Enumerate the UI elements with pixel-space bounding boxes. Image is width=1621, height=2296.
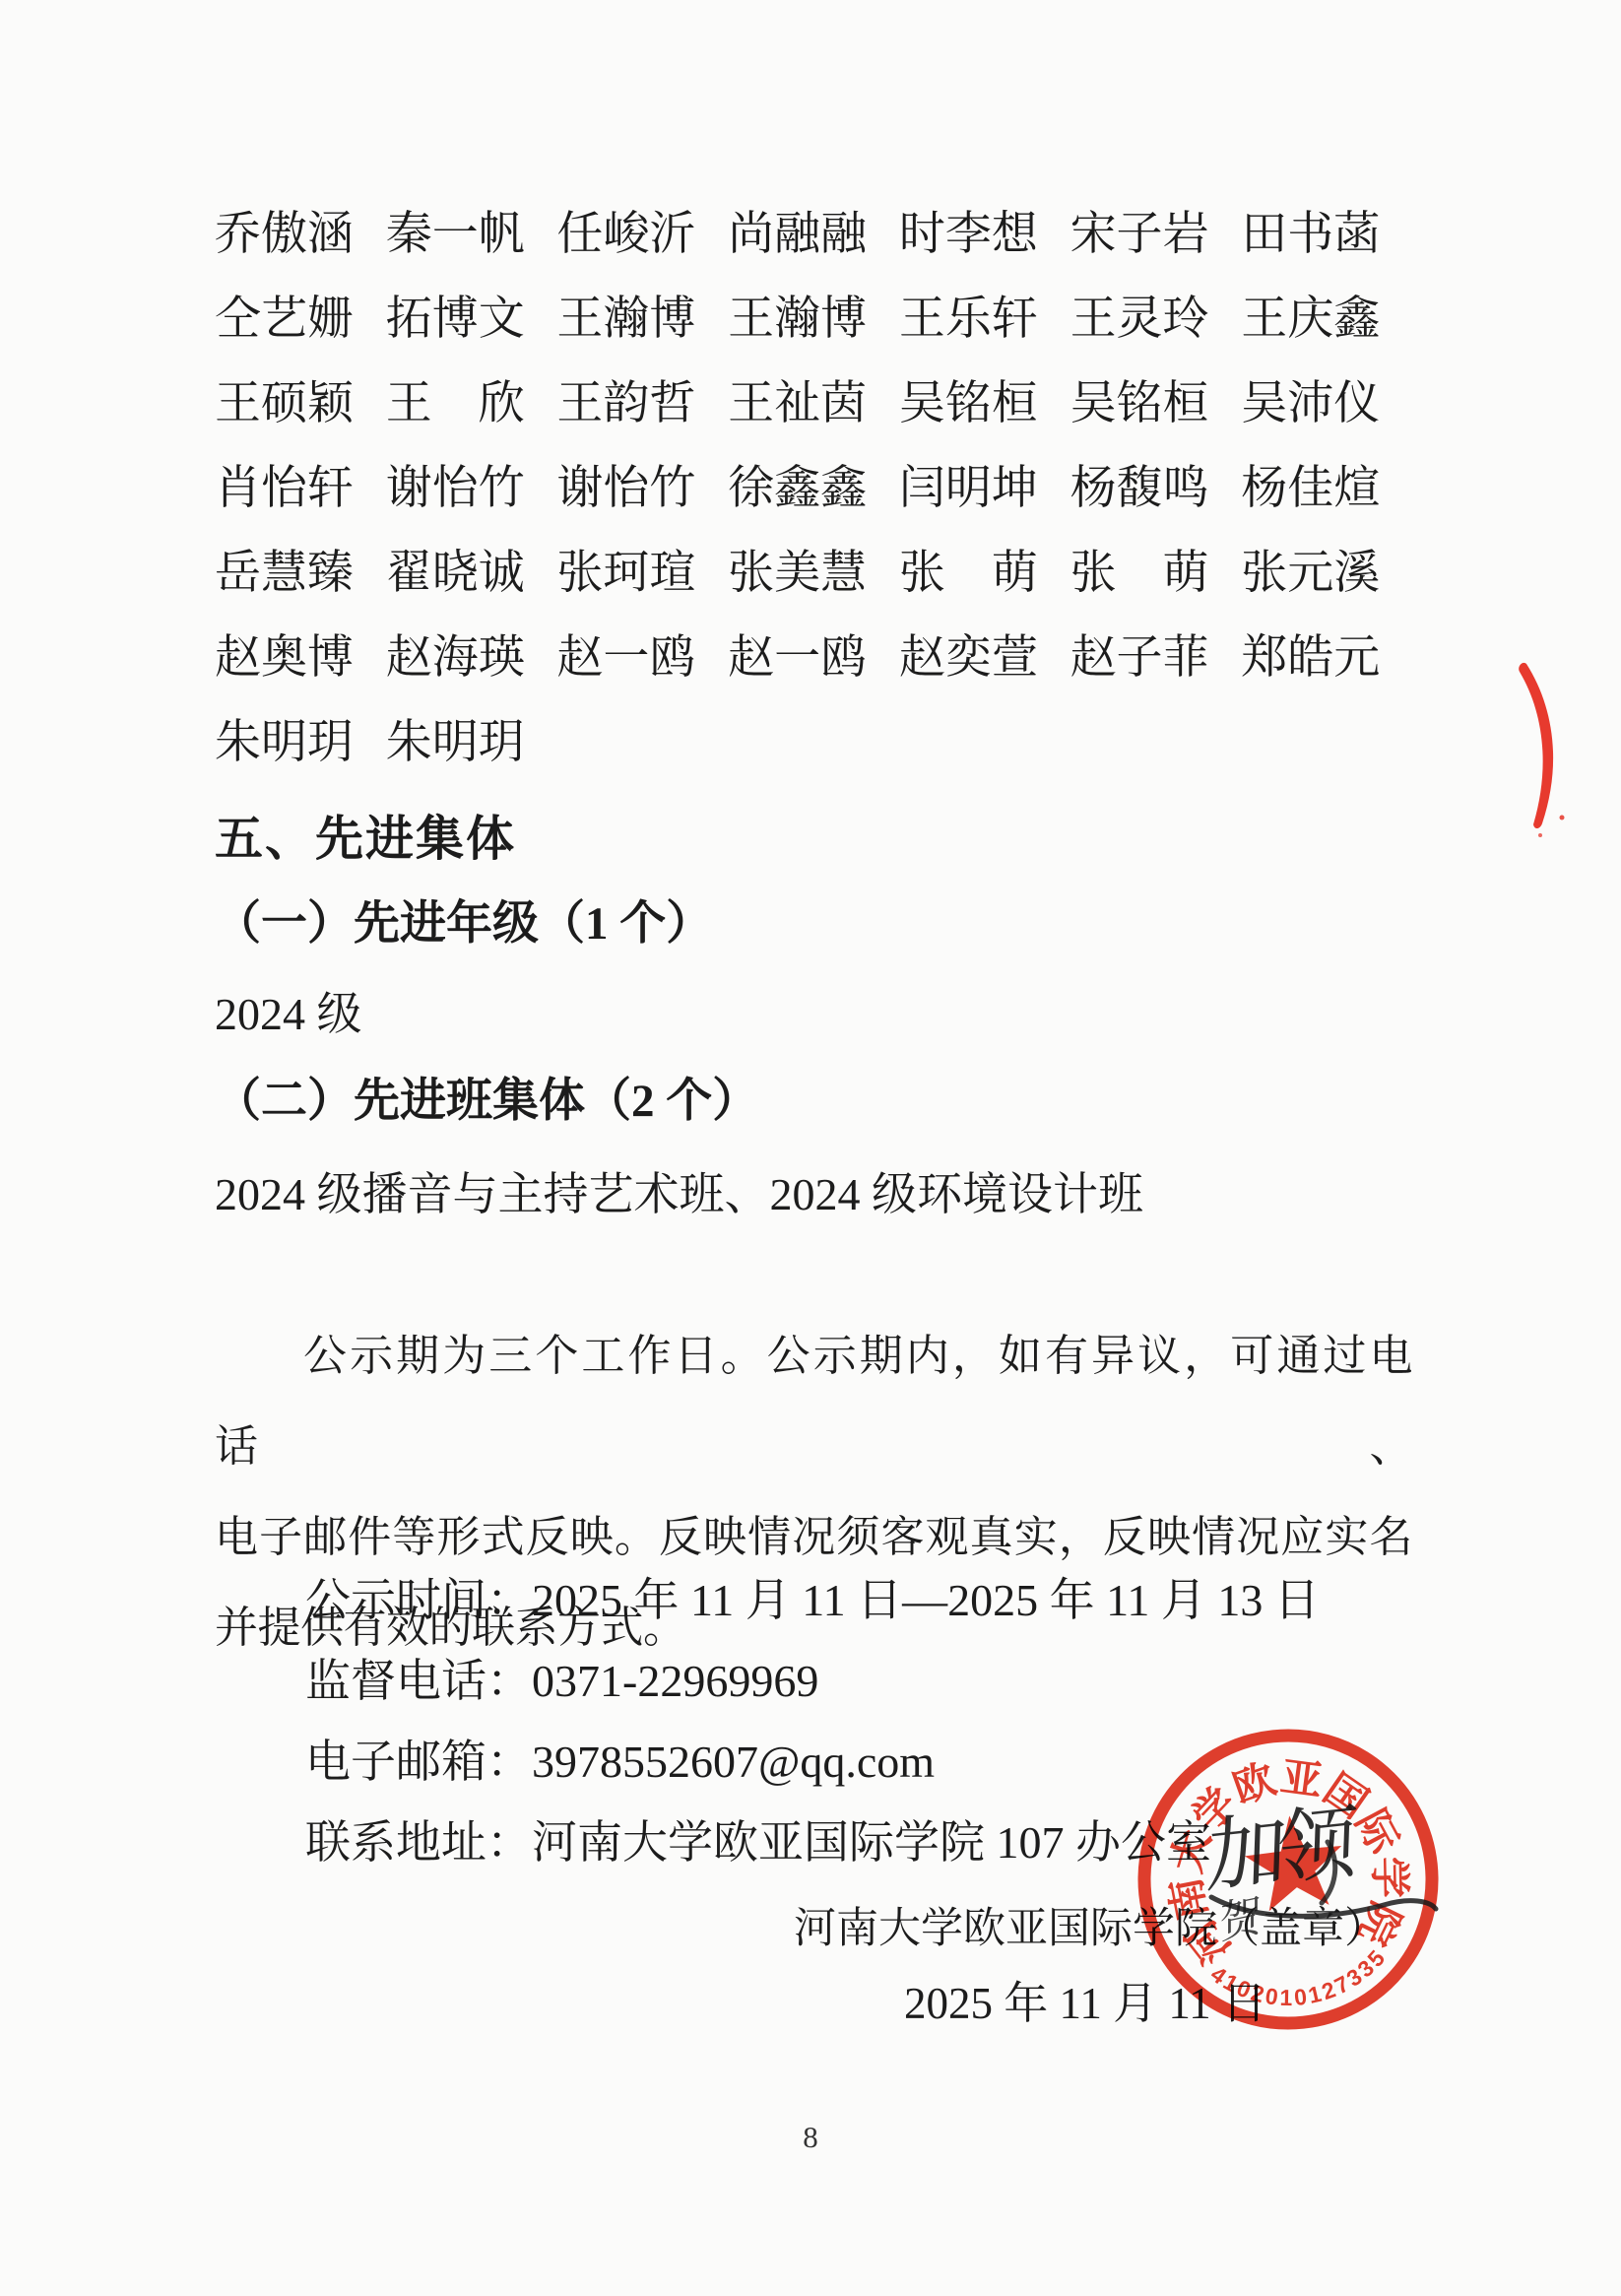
contact-phone-row: 监督电话：0371-22969969: [215, 1641, 1412, 1722]
name-item: 谢怡竹: [556, 446, 728, 531]
subsection-content-1: 2024 级: [215, 988, 362, 1041]
name-item: 任峻沂: [556, 192, 728, 277]
name-item: 朱明玥: [386, 700, 557, 785]
name-item: 赵一鸥: [556, 616, 728, 700]
contact-email-label: 电子邮箱：: [305, 1737, 532, 1787]
name-item: 王灵玲: [1070, 277, 1242, 361]
name-item: 赵海瑛: [386, 616, 557, 700]
name-item: 赵奕萱: [899, 616, 1070, 700]
page-number: 8: [0, 2120, 1621, 2155]
seal-ring-char: 亚: [1278, 1753, 1326, 1804]
subsection-title-1: （一）先进年级（1 个）: [215, 897, 712, 951]
name-item: 张珂瑄: [556, 531, 728, 616]
name-item: 赵子菲: [1070, 616, 1242, 700]
subsection-title-2: （二）先进班集体（2 个）: [215, 1075, 758, 1128]
name-item: 朱明玥: [215, 700, 386, 785]
subsection-content-2: 2024 级播音与主持艺术班、2024 级环境设计班: [215, 1168, 1143, 1221]
name-item: 宋子岩: [1070, 192, 1242, 277]
contact-email-value: 3978552607@qq.com: [532, 1737, 935, 1787]
name-item: 王瀚博: [556, 277, 728, 361]
name-item: 赵奥博: [215, 616, 386, 700]
name-item: 张美慧: [728, 531, 899, 616]
contact-address-value: 河南大学欧亚国际学院 107 办公室: [532, 1817, 1211, 1868]
notice-line: 公示期为三个工作日。公示期内，如有异议，可通过电话、: [215, 1311, 1412, 1492]
name-item: 张元溪: [1241, 531, 1412, 616]
name-item: 王 欣: [386, 361, 557, 446]
contact-phone-label: 监督电话：: [305, 1656, 532, 1706]
name-item: 岳慧臻: [215, 531, 386, 616]
name-item: 杨馥鸣: [1070, 446, 1242, 531]
contact-phone-value: 0371-22969969: [532, 1656, 818, 1706]
name-item: 郑皓元: [1241, 616, 1412, 700]
name-item: 秦一帆: [386, 192, 557, 277]
name-item: 赵一鸥: [728, 616, 899, 700]
seal-serial-digit: 0: [1264, 1983, 1279, 2010]
contact-time-label: 公示时间：: [305, 1575, 532, 1625]
name-item: 吴铭桓: [899, 361, 1070, 446]
contact-time-value: 2025 年 11 月 11 日—2025 年 11 月 13 日: [532, 1575, 1320, 1625]
red-crescent-mark-icon: [1511, 662, 1580, 839]
name-item: 仝艺姗: [215, 277, 386, 361]
name-item: 尚融融: [728, 192, 899, 277]
name-item: 闫明坤: [899, 446, 1070, 531]
name-item: 杨佳煊: [1241, 446, 1412, 531]
name-item: 张 萌: [1070, 531, 1242, 616]
name-item: 王庆鑫: [1241, 277, 1412, 361]
name-item: 时李想: [899, 192, 1070, 277]
name-item: 张 萌: [899, 531, 1070, 616]
name-item: 王硕颖: [215, 361, 386, 446]
contact-address-label: 联系地址：: [305, 1817, 532, 1868]
name-item: 翟晓诚: [386, 531, 557, 616]
name-item: 肖怡轩: [215, 446, 386, 531]
name-item: 吴沛仪: [1241, 361, 1412, 446]
contact-time-row: 公示时间：2025 年 11 月 11 日—2025 年 11 月 13 日: [215, 1560, 1412, 1641]
name-item: 王瀚博: [728, 277, 899, 361]
seal-serial-digit: 1: [1279, 1985, 1292, 2010]
names-grid: 乔傲涵秦一帆任峻沂尚融融时李想宋子岩田书菡仝艺姗拓博文王瀚博王瀚博王乐轩王灵玲王…: [215, 192, 1412, 785]
document-page: 乔傲涵秦一帆任峻沂尚融融时李想宋子岩田书菡仝艺姗拓博文王瀚博王瀚博王乐轩王灵玲王…: [0, 0, 1621, 2296]
name-item: 王韵哲: [556, 361, 728, 446]
name-item: 吴铭桓: [1070, 361, 1242, 446]
name-item: 徐鑫鑫: [728, 446, 899, 531]
section-heading: 五、先进集体: [215, 812, 516, 867]
name-item: 王乐轩: [899, 277, 1070, 361]
name-item: 王祉茵: [728, 361, 899, 446]
name-item: 乔傲涵: [215, 192, 386, 277]
handwriting-stroke-icon: [1182, 1803, 1458, 1950]
name-item: 谢怡竹: [386, 446, 557, 531]
name-item: 拓博文: [386, 277, 557, 361]
name-item: 田书菡: [1241, 192, 1412, 277]
